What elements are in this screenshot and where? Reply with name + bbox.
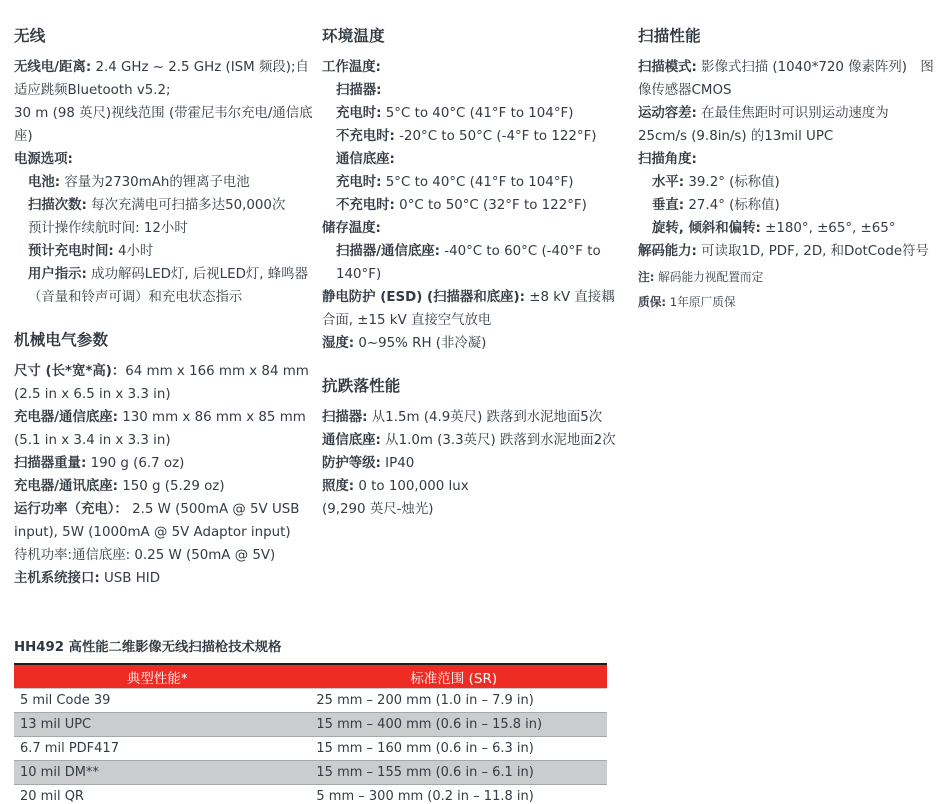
spec-text: 可读取1D, PDF, 2D, 和DotCode符号 xyxy=(697,244,929,259)
table-row: 6.7 mil PDF41715 mm – 160 mm (0.6 in – 6… xyxy=(14,737,607,761)
spec-line: 水平: 39.2° (标称值) xyxy=(638,171,934,194)
range-cell: 15 mm – 160 mm (0.6 in – 6.3 in) xyxy=(300,737,607,761)
spec-label: 电池: xyxy=(28,175,60,190)
table-row: 5 mil Code 3925 mm – 200 mm (1.0 in – 7.… xyxy=(14,689,607,713)
spec-line: 注: 解码能力视配置而定 xyxy=(638,267,934,288)
symbology-cell: 20 mil QR xyxy=(14,785,300,804)
spec-text: 190 g (6.7 oz) xyxy=(86,456,184,471)
spec-line: 湿度: 0~95% RH (非冷凝) xyxy=(322,332,624,355)
spec-line: 运动容差: 在最佳焦距时可识别运动速度为25cm/s (9.8in/s) 的13… xyxy=(638,102,934,148)
table-title: HH492 高性能二维影像无线扫描枪技术规格 xyxy=(14,636,607,655)
spec-text: 0 to 100,000 lux xyxy=(354,479,469,494)
spec-text: 容量为2730mAh的锂离子电池 xyxy=(60,175,250,190)
range-cell: 25 mm – 200 mm (1.0 in – 7.9 in) xyxy=(300,689,607,713)
spec-line: 扫描模式: 影像式扫描 (1040*720 像素阵列) 图像传感器CMOS xyxy=(638,56,934,102)
spec-text: 从1.5m (4.9英尺) 跌落到水泥地面5次 xyxy=(368,410,603,425)
spec-text: -20°C to 50°C (-4°F to 122°F) xyxy=(395,129,597,144)
spec-label: 扫描角度: xyxy=(638,152,697,167)
spec-line: 用户指示: 成功解码LED灯, 后视LED灯, 蜂鸣器（音量和铃声可调）和充电状… xyxy=(14,263,316,309)
spec-line: 垂直: 27.4° (标称值) xyxy=(638,194,934,217)
spec-text: IP40 xyxy=(381,456,414,471)
spec-label: 无线电/距离: xyxy=(14,60,91,75)
symbology-cell: 6.7 mil PDF417 xyxy=(14,737,300,761)
spec-line: 电池: 容量为2730mAh的锂离子电池 xyxy=(14,171,316,194)
spec-line: 电源选项: xyxy=(14,148,316,171)
spec-line: 无线电/距离: 2.4 GHz ~ 2.5 GHz (ISM 频段);自适应跳频… xyxy=(14,56,316,102)
spec-line: 不充电时: -20°C to 50°C (-4°F to 122°F) xyxy=(322,125,624,148)
spec-text: 0°C to 50°C (32°F to 122°F) xyxy=(395,198,587,213)
range-table: 典型性能* 标准范围 (SR) 5 mil Code 3925 mm – 200… xyxy=(14,663,607,804)
range-cell: 15 mm – 400 mm (0.6 in – 15.8 in) xyxy=(300,713,607,737)
column-scan-performance: 扫描性能扫描模式: 影像式扫描 (1040*720 像素阵列) 图像传感器CMO… xyxy=(638,0,934,313)
table-header-row: 典型性能* 标准范围 (SR) xyxy=(14,664,607,689)
spec-label: 通信底座: xyxy=(322,433,381,448)
symbology-cell: 13 mil UPC xyxy=(14,713,300,737)
spec-label: 扫描器/通信底座: xyxy=(336,244,440,259)
spec-line: 充电器/通讯底座: 150 g (5.29 oz) xyxy=(14,475,316,498)
spec-label: 扫描次数: xyxy=(28,198,87,213)
spec-line: 运行功率（充电）： 2.5 W (500mA @ 5V USB input), … xyxy=(14,498,316,544)
spec-label: 质保: xyxy=(638,295,666,309)
spec-line: 预计操作续航时间: 12小时 xyxy=(14,217,316,240)
section-heading: 抗跌落性能 xyxy=(322,374,624,396)
spec-line: 充电器/通信底座: 130 mm x 86 mm x 85 mm (5.1 in… xyxy=(14,406,316,452)
spec-label: 静电防护 (ESD) (扫描器和底座): xyxy=(322,290,525,305)
spec-line: 静电防护 (ESD) (扫描器和底座): ±8 kV 直接耦合面, ±15 kV… xyxy=(322,286,624,332)
spec-label: 注: xyxy=(638,270,654,284)
spec-text: 0~95% RH (非冷凝) xyxy=(354,336,486,351)
spec-label: 充电器/通讯底座: xyxy=(14,479,118,494)
table-row: 10 mil DM**15 mm – 155 mm (0.6 in – 6.1 … xyxy=(14,761,607,785)
spec-label: 不充电时: xyxy=(336,198,395,213)
spec-line: 30 m (98 英尺)视线范围 (带霍尼韦尔充电/通信底座) xyxy=(14,102,316,148)
spec-text: 4小时 xyxy=(114,244,154,259)
spec-text: 5°C to 40°C (41°F to 104°F) xyxy=(382,175,574,190)
symbology-cell: 10 mil DM** xyxy=(14,761,300,785)
spec-text: (9,290 英尺-烛光) xyxy=(322,502,433,517)
section-heading: 机械电气参数 xyxy=(14,328,316,350)
table-row: 13 mil UPC15 mm – 400 mm (0.6 in – 15.8 … xyxy=(14,713,607,737)
spec-label: 充电时: xyxy=(336,106,382,121)
spec-line: 主机系统接口: USB HID xyxy=(14,567,316,590)
spec-text: 150 g (5.29 oz) xyxy=(118,479,225,494)
spec-line: 不充电时: 0°C to 50°C (32°F to 122°F) xyxy=(322,194,624,217)
spec-label: 湿度: xyxy=(322,336,354,351)
spec-line: 充电时: 5°C to 40°C (41°F to 104°F) xyxy=(322,171,624,194)
table-row: 20 mil QR5 mm – 300 mm (0.2 in – 11.8 in… xyxy=(14,785,607,804)
spec-label: 电源选项: xyxy=(14,152,73,167)
spec-line: 扫描器: xyxy=(322,79,624,102)
spec-text: USB HID xyxy=(100,571,160,586)
spec-label: 运行功率（充电）： xyxy=(14,502,128,517)
spec-line: 待机功率:通信底座: 0.25 W (50mA @ 5V) xyxy=(14,544,316,567)
range-table-body: 5 mil Code 3925 mm – 200 mm (1.0 in – 7.… xyxy=(14,689,607,804)
spec-line: 照度: 0 to 100,000 lux xyxy=(322,475,624,498)
column-environment-drop: 环境温度工作温度:扫描器:充电时: 5°C to 40°C (41°F to 1… xyxy=(322,0,624,521)
spec-range-table-block: HH492 高性能二维影像无线扫描枪技术规格 典型性能* 标准范围 (SR) 5… xyxy=(14,636,607,804)
range-cell: 15 mm – 155 mm (0.6 in – 6.1 in) xyxy=(300,761,607,785)
spec-line: 解码能力: 可读取1D, PDF, 2D, 和DotCode符号 xyxy=(638,240,934,263)
spec-label: 通信底座: xyxy=(336,152,395,167)
spec-label: 充电器/通信底座: xyxy=(14,410,118,425)
spec-line: 充电时: 5°C to 40°C (41°F to 104°F) xyxy=(322,102,624,125)
spec-label: 充电时: xyxy=(336,175,382,190)
spec-line: 扫描器重量: 190 g (6.7 oz) xyxy=(14,452,316,475)
spec-label: 垂直: xyxy=(652,198,684,213)
spec-line: 工作温度: xyxy=(322,56,624,79)
section-heading: 无线 xyxy=(14,24,316,46)
section-heading: 扫描性能 xyxy=(638,24,934,46)
spec-label: 扫描器: xyxy=(322,410,368,425)
spec-label: 尺寸 (长*宽*高)： xyxy=(14,364,125,379)
spec-line: 防护等级: IP40 xyxy=(322,452,624,475)
header-standard-range: 标准范围 (SR) xyxy=(300,664,607,689)
spec-label: 防护等级: xyxy=(322,456,381,471)
spec-text: ±180°, ±65°, ±65° xyxy=(761,221,896,236)
spec-text: 从1.0m (3.3英尺) 跌落到水泥地面2次 xyxy=(381,433,616,448)
spec-text: 39.2° (标称值) xyxy=(684,175,780,190)
column-wireless-mechanical: 无线无线电/距离: 2.4 GHz ~ 2.5 GHz (ISM 频段);自适应… xyxy=(14,0,316,590)
spec-label: 解码能力: xyxy=(638,244,697,259)
spec-line: 通信底座: xyxy=(322,148,624,171)
spec-text: 1年原厂质保 xyxy=(666,295,736,309)
spec-line: (9,290 英尺-烛光) xyxy=(322,498,624,521)
symbology-cell: 5 mil Code 39 xyxy=(14,689,300,713)
spec-label: 扫描器重量: xyxy=(14,456,86,471)
range-cell: 5 mm – 300 mm (0.2 in – 11.8 in) xyxy=(300,785,607,804)
spec-line: 旋转, 倾斜和偏转: ±180°, ±65°, ±65° xyxy=(638,217,934,240)
spec-text: 30 m (98 英尺)视线范围 (带霍尼韦尔充电/通信底座) xyxy=(14,106,313,144)
spec-line: 扫描角度: xyxy=(638,148,934,171)
spec-label: 扫描模式: xyxy=(638,60,697,75)
spec-line: 扫描器: 从1.5m (4.9英尺) 跌落到水泥地面5次 xyxy=(322,406,624,429)
spec-text: 解码能力视配置而定 xyxy=(654,270,763,284)
spec-line: 通信底座: 从1.0m (3.3英尺) 跌落到水泥地面2次 xyxy=(322,429,624,452)
spec-label: 水平: xyxy=(652,175,684,190)
spec-label: 旋转, 倾斜和偏转: xyxy=(652,221,761,236)
spec-line: 质保: 1年原厂质保 xyxy=(638,292,934,313)
spec-line: 扫描器/通信底座: -40°C to 60°C (-40°F to 140°F) xyxy=(322,240,624,286)
spec-label: 照度: xyxy=(322,479,354,494)
spec-line: 尺寸 (长*宽*高)：64 mm x 166 mm x 84 mm (2.5 i… xyxy=(14,360,316,406)
spec-text: 27.4° (标称值) xyxy=(684,198,780,213)
spec-label: 储存温度: xyxy=(322,221,381,236)
spec-text: 待机功率:通信底座: 0.25 W (50mA @ 5V) xyxy=(14,548,275,563)
header-typical-performance: 典型性能* xyxy=(14,664,300,689)
spec-text: 每次充满电可扫描多达50,000次 xyxy=(87,198,285,213)
spec-label: 不充电时: xyxy=(336,129,395,144)
spec-label: 运动容差: xyxy=(638,106,697,121)
spec-text: 预计操作续航时间: 12小时 xyxy=(28,221,188,236)
section-heading: 环境温度 xyxy=(322,24,624,46)
spec-label: 用户指示: xyxy=(28,267,87,282)
spec-line: 储存温度: xyxy=(322,217,624,240)
spec-label: 主机系统接口: xyxy=(14,571,100,586)
spec-label: 工作温度: xyxy=(322,60,381,75)
spec-text: 5°C to 40°C (41°F to 104°F) xyxy=(382,106,574,121)
spec-label: 预计充电时间: xyxy=(28,244,114,259)
spec-line: 预计充电时间: 4小时 xyxy=(14,240,316,263)
spec-line: 扫描次数: 每次充满电可扫描多达50,000次 xyxy=(14,194,316,217)
spec-label: 扫描器: xyxy=(336,83,382,98)
